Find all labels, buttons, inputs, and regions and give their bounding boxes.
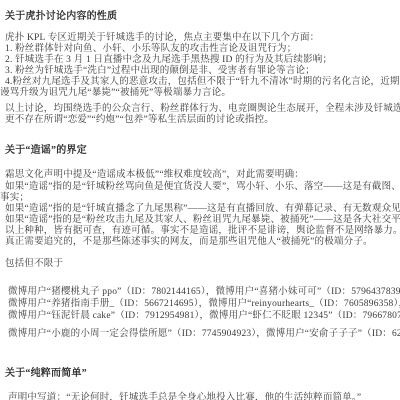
text-line: 事实； bbox=[0, 193, 29, 204]
text-line: 霜思文化声明中提及“造谣成本极低”“维权难度较高”，对此需要明确： bbox=[5, 170, 304, 181]
text-line: 微博用户“钰泥钎晨 cake”（ID：7912954981），微博用户“虾仁不眨… bbox=[8, 311, 400, 322]
text-line: 微博用户“猪樱桃丸子 ppo”（ID：7802144165），微博用户“喜猪小妹… bbox=[8, 287, 400, 298]
text-line: 虎扑 KPL 专区近期关于钎城选手的讨论，焦点主要集中在以下几个方面： bbox=[5, 33, 319, 44]
text-line: 2. 钎城选手在 3 月 1 日直播中念及九尾选手黑热搜 ID 的行为及其后续影… bbox=[5, 55, 332, 66]
text-line: 以上种种，皆有据可查，有迹可循。事实不是造谣，批评不是诽谤，舆论监督不是网络暴力… bbox=[5, 226, 400, 237]
text-line: 真正需要追究的，不是那些陈述事实的网友，而是那些诅咒他人“被捅死”的极端分子。 bbox=[5, 237, 373, 248]
text-line: 以上讨论，均围绕选手的公众言行、粉丝群体行为、电竞圈舆论生态展开，全程未涉及钎城… bbox=[5, 104, 400, 115]
text-line: 声明中写道：“无论何时，钎城选手总是全身心地投入比赛，他的生活纯粹而简单。” bbox=[8, 393, 361, 400]
document-page: 关于虎扑讨论内容的性质虎扑 KPL 专区近期关于钎城选手的讨论，焦点主要集中在以… bbox=[0, 0, 400, 400]
text-line: 微博用户“小鹿的小周一定会得偿所愿”（ID：7745904923），微博用户“安… bbox=[8, 329, 400, 340]
text-line: 如果“造谣”指的是“钎城粉丝骂向鱼是便宜货没人要”，骂小轩、小乐、落空——这是有… bbox=[5, 182, 400, 193]
section-heading: 关于“造谣”的界定 bbox=[5, 145, 87, 156]
text-line: 谩骂升级为诅咒九尾“暴毙”“被捅死”等极端暴力言论。 bbox=[0, 88, 231, 99]
text-line: 包括但不限于 bbox=[5, 259, 63, 270]
section-heading: 关于“纯粹而简单” bbox=[5, 368, 87, 379]
text-line: 更不存在所谓“恋爱”“约炮”“包养”等私生活层面的讨论或指控。 bbox=[5, 115, 274, 126]
text-line: 4.粉丝对九尾选手及其家人的恶意攻击，包括但不限于“钎九不清冰”时期的污名化言论… bbox=[5, 77, 400, 88]
section-heading: 关于虎扑讨论内容的性质 bbox=[5, 11, 117, 22]
text-line: 1. 粉丝群体针对向鱼、小轩、小乐等队友的攻击性言论及诅咒行为； bbox=[5, 44, 296, 55]
text-line: 3. 粉丝为钎城选手“洗白”过程中出现的颠倒是非、受害者有罪论等言论； bbox=[5, 66, 315, 77]
text-line: 如果“造谣”指的是“钎城直播念了九尾黑称”——这是有直播回放、有弹幕记录、有无数… bbox=[5, 204, 400, 215]
text-line: 如果“造谣”指的是“粉丝攻击九尾及其家人、粉丝诅咒九尾暴毙、被捅死”——这是各大… bbox=[5, 215, 400, 226]
text-line: 微博用户“养猪指南手册_（ID：5667214695），微博用户“reinyou… bbox=[8, 299, 400, 310]
